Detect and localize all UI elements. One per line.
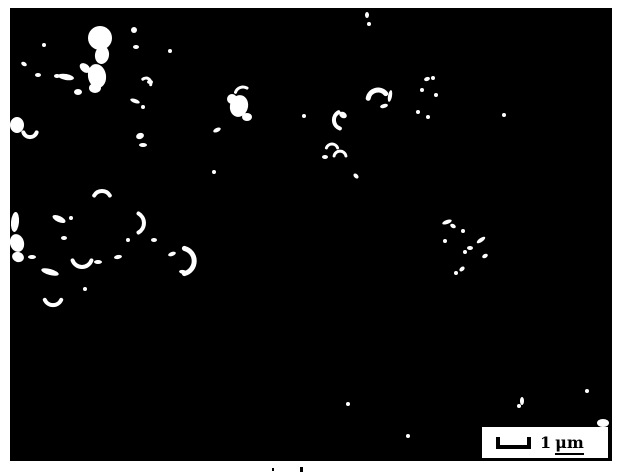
scale-bar-label: 1μm <box>540 435 584 451</box>
scale-bar-unit: μm <box>555 433 584 455</box>
caption-fragment <box>300 467 303 472</box>
sem-micrograph <box>10 8 612 461</box>
caption-fragment <box>272 468 274 471</box>
figure-page: 1μm <box>0 0 624 476</box>
scale-bar: 1μm <box>482 427 608 458</box>
scale-bar-marker <box>496 437 531 449</box>
scale-bar-value: 1 <box>540 433 551 452</box>
